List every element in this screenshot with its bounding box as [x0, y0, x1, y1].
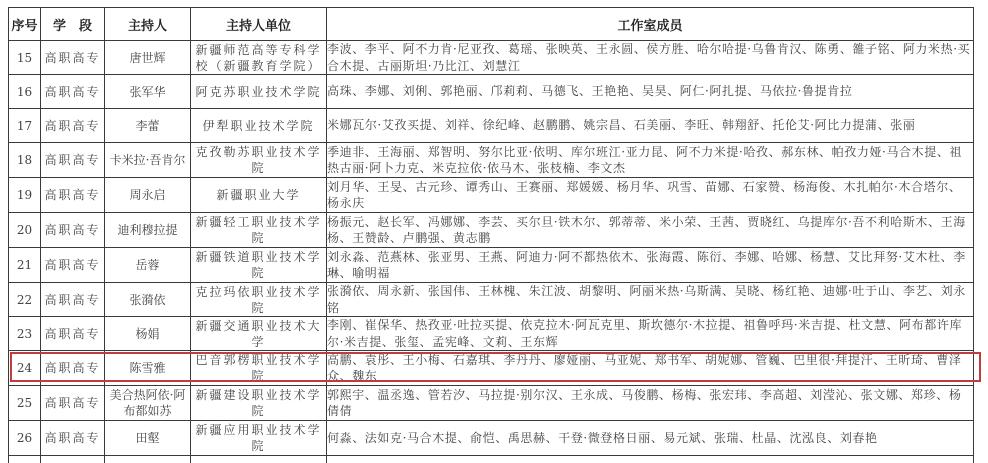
row-members: 李刚、崔保华、热孜亚·吐拉买提、依克拉木·阿瓦克里、斯坎德尔·木拉提、祖鲁呼玛·… [327, 317, 974, 351]
row-host: 美合热阿依·阿布都如苏 [105, 386, 191, 421]
row-members: 米娜瓦尔·艾孜买提、刘祥、徐纪峰、赵鹏鹏、姚宗昌、石美丽、李旺、韩翔舒、托伦艾·… [327, 109, 974, 143]
row-seq: 20 [9, 213, 41, 248]
row-unit: 阿克苏职业技术学院 [191, 75, 327, 109]
row-seq: 19 [9, 178, 41, 213]
row-host: 周永启 [105, 178, 191, 213]
table-row: 17 高职高专 李蕾 伊犁职业技术学院 米娜瓦尔·艾孜买提、刘祥、徐纪峰、赵鹏鹏… [9, 109, 974, 143]
row-seq: 22 [9, 283, 41, 317]
row-level: 高职高专 [41, 421, 105, 456]
row-level: 高职高专 [41, 386, 105, 421]
row-seq: 26 [9, 421, 41, 456]
table-row: 15 高职高专 唐世辉 新疆师范高等专科学校（新疆教育学院） 李波、李平、阿不力… [9, 41, 974, 75]
table-row: 25 高职高专 美合热阿依·阿布都如苏 新疆建设职业技术学院 郭熙宇、温丞逸、管… [9, 386, 974, 421]
row-seq: 21 [9, 248, 41, 283]
row-members: 高珠、李娜、刘俐、郭艳丽、邝莉莉、马德飞、王艳艳、吴昊、阿仁·阿扎提、马依拉·鲁… [327, 75, 974, 109]
header-host-unit: 主持人单位 [191, 8, 327, 41]
row-seq: 15 [9, 41, 41, 75]
header-host: 主持人 [105, 8, 191, 41]
row-unit: 新疆交通职业技术大学 [191, 317, 327, 351]
row-members: 何淼、法如克·马合木提、俞恺、禹思赫、干登·微登格日丽、易元斌、张瑞、杜晶、沈泓… [327, 421, 974, 456]
row-host: 杨娟 [105, 317, 191, 351]
row-unit: 巴音郭楞职业技术学院 [191, 351, 327, 386]
table-row: 20 高职高专 迪利穆拉提 新疆轻工职业技术学院 杨振元、赵长军、冯娜娜、李芸、… [9, 213, 974, 248]
row-level: 高职高专 [41, 317, 105, 351]
row-members: 刘永淼、范燕林、张亚男、王燕、阿迪力·阿不都热依木、张海霞、陈衍、李娜、哈娜、杨… [327, 248, 974, 283]
row-level: 高职高专 [41, 351, 105, 386]
row-seq: 23 [9, 317, 41, 351]
table-row: 19 高职高专 周永启 新疆职业大学 刘月华、王旻、古元珍、谭秀山、王赛丽、郑媛… [9, 178, 974, 213]
row-members: 李波、李平、阿不力肯·尼亚孜、葛瑶、张映英、王永圆、侯方胜、哈尔哈提·乌鲁肯汉、… [327, 41, 974, 75]
table-row-highlighted: 24 高职高专 陈雪雅 巴音郭楞职业技术学院 高鹏、袁彤、王小梅、石嘉琪、李丹丹… [9, 351, 974, 386]
workshop-members-table: 序号 学 段 主持人 主持人单位 工作室成员 15 高职高专 唐世辉 新疆师范高… [8, 7, 974, 463]
row-host: 岳蓉 [105, 248, 191, 283]
row-seq: 18 [9, 143, 41, 178]
table-row: 23 高职高专 杨娟 新疆交通职业技术大学 李刚、崔保华、热孜亚·吐拉买提、依克… [9, 317, 974, 351]
row-host: 卡米拉·吾肯尔 [105, 143, 191, 178]
row-members: 郭熙宇、温丞逸、管若汐、马拉提·别尔汉、王永成、马俊鹏、杨梅、张宏玮、李高超、刘… [327, 386, 974, 421]
row-unit: 克孜勒苏职业技术学院 [191, 143, 327, 178]
row-level: 高职高专 [41, 143, 105, 178]
header-seq: 序号 [9, 8, 41, 41]
row-level: 高职高专 [41, 283, 105, 317]
row-host: 陈雪雅 [105, 351, 191, 386]
row-host: 张军华 [105, 75, 191, 109]
row-host: 唐世辉 [105, 41, 191, 75]
row-unit: 新疆轻工职业技术学院 [191, 213, 327, 248]
row-host: 李蕾 [105, 109, 191, 143]
row-seq: 16 [9, 75, 41, 109]
table-row: 18 高职高专 卡米拉·吾肯尔 克孜勒苏职业技术学院 季迪非、王海丽、郑智明、努… [9, 143, 974, 178]
row-unit: 伊犁职业技术学院 [191, 109, 327, 143]
table-header-row: 序号 学 段 主持人 主持人单位 工作室成员 [9, 8, 974, 41]
row-unit: 克拉玛依职业技术学院 [191, 283, 327, 317]
row-unit: 新疆铁道职业技术学院 [191, 248, 327, 283]
table-row: 22 高职高专 张漪依 克拉玛依职业技术学院 张漪依、周永新、张国伟、王林槐、朱… [9, 283, 974, 317]
row-level: 高职高专 [41, 248, 105, 283]
row-host: 迪利穆拉提 [105, 213, 191, 248]
row-unit: 新疆师范高等专科学校（新疆教育学院） [191, 41, 327, 75]
row-members: 季迪非、王海丽、郑智明、努尔比亚·依明、库尔班江·亚力昆、阿不力米提·哈孜、郝东… [327, 143, 974, 178]
row-unit: 新疆职业大学 [191, 178, 327, 213]
row-members: 刘月华、王旻、古元珍、谭秀山、王赛丽、郑媛媛、杨月华、巩雪、苗娜、石家赞、杨海俊… [327, 178, 974, 213]
table-row: 21 高职高专 岳蓉 新疆铁道职业技术学院 刘永淼、范燕林、张亚男、王燕、阿迪力… [9, 248, 974, 283]
row-unit: 新疆应用职业技术学院 [191, 421, 327, 456]
row-level: 高职高专 [41, 178, 105, 213]
table-row-partial [9, 456, 974, 463]
table-row: 26 高职高专 田壑 新疆应用职业技术学院 何淼、法如克·马合木提、俞恺、禹思赫… [9, 421, 974, 456]
row-unit: 新疆建设职业技术学院 [191, 386, 327, 421]
row-members: 张漪依、周永新、张国伟、王林槐、朱江波、胡黎明、阿丽米热·乌斯满、吴晓、杨红艳、… [327, 283, 974, 317]
row-seq: 25 [9, 386, 41, 421]
row-host: 田壑 [105, 421, 191, 456]
row-level: 高职高专 [41, 213, 105, 248]
row-members: 高鹏、袁彤、王小梅、石嘉琪、李丹丹、廖娅丽、马亚妮、郑书军、胡妮娜、管巍、巴里很… [327, 351, 974, 386]
row-level: 高职高专 [41, 109, 105, 143]
row-members: 杨振元、赵长军、冯娜娜、李芸、买尔旦·铁木尔、郭蒂蒂、米小荣、王茜、贾晓红、乌提… [327, 213, 974, 248]
table-row: 16 高职高专 张军华 阿克苏职业技术学院 高珠、李娜、刘俐、郭艳丽、邝莉莉、马… [9, 75, 974, 109]
header-level: 学 段 [41, 8, 105, 41]
row-host: 张漪依 [105, 283, 191, 317]
header-members: 工作室成员 [327, 8, 974, 41]
row-level: 高职高专 [41, 75, 105, 109]
row-seq: 24 [9, 351, 41, 386]
row-seq: 17 [9, 109, 41, 143]
row-level: 高职高专 [41, 41, 105, 75]
